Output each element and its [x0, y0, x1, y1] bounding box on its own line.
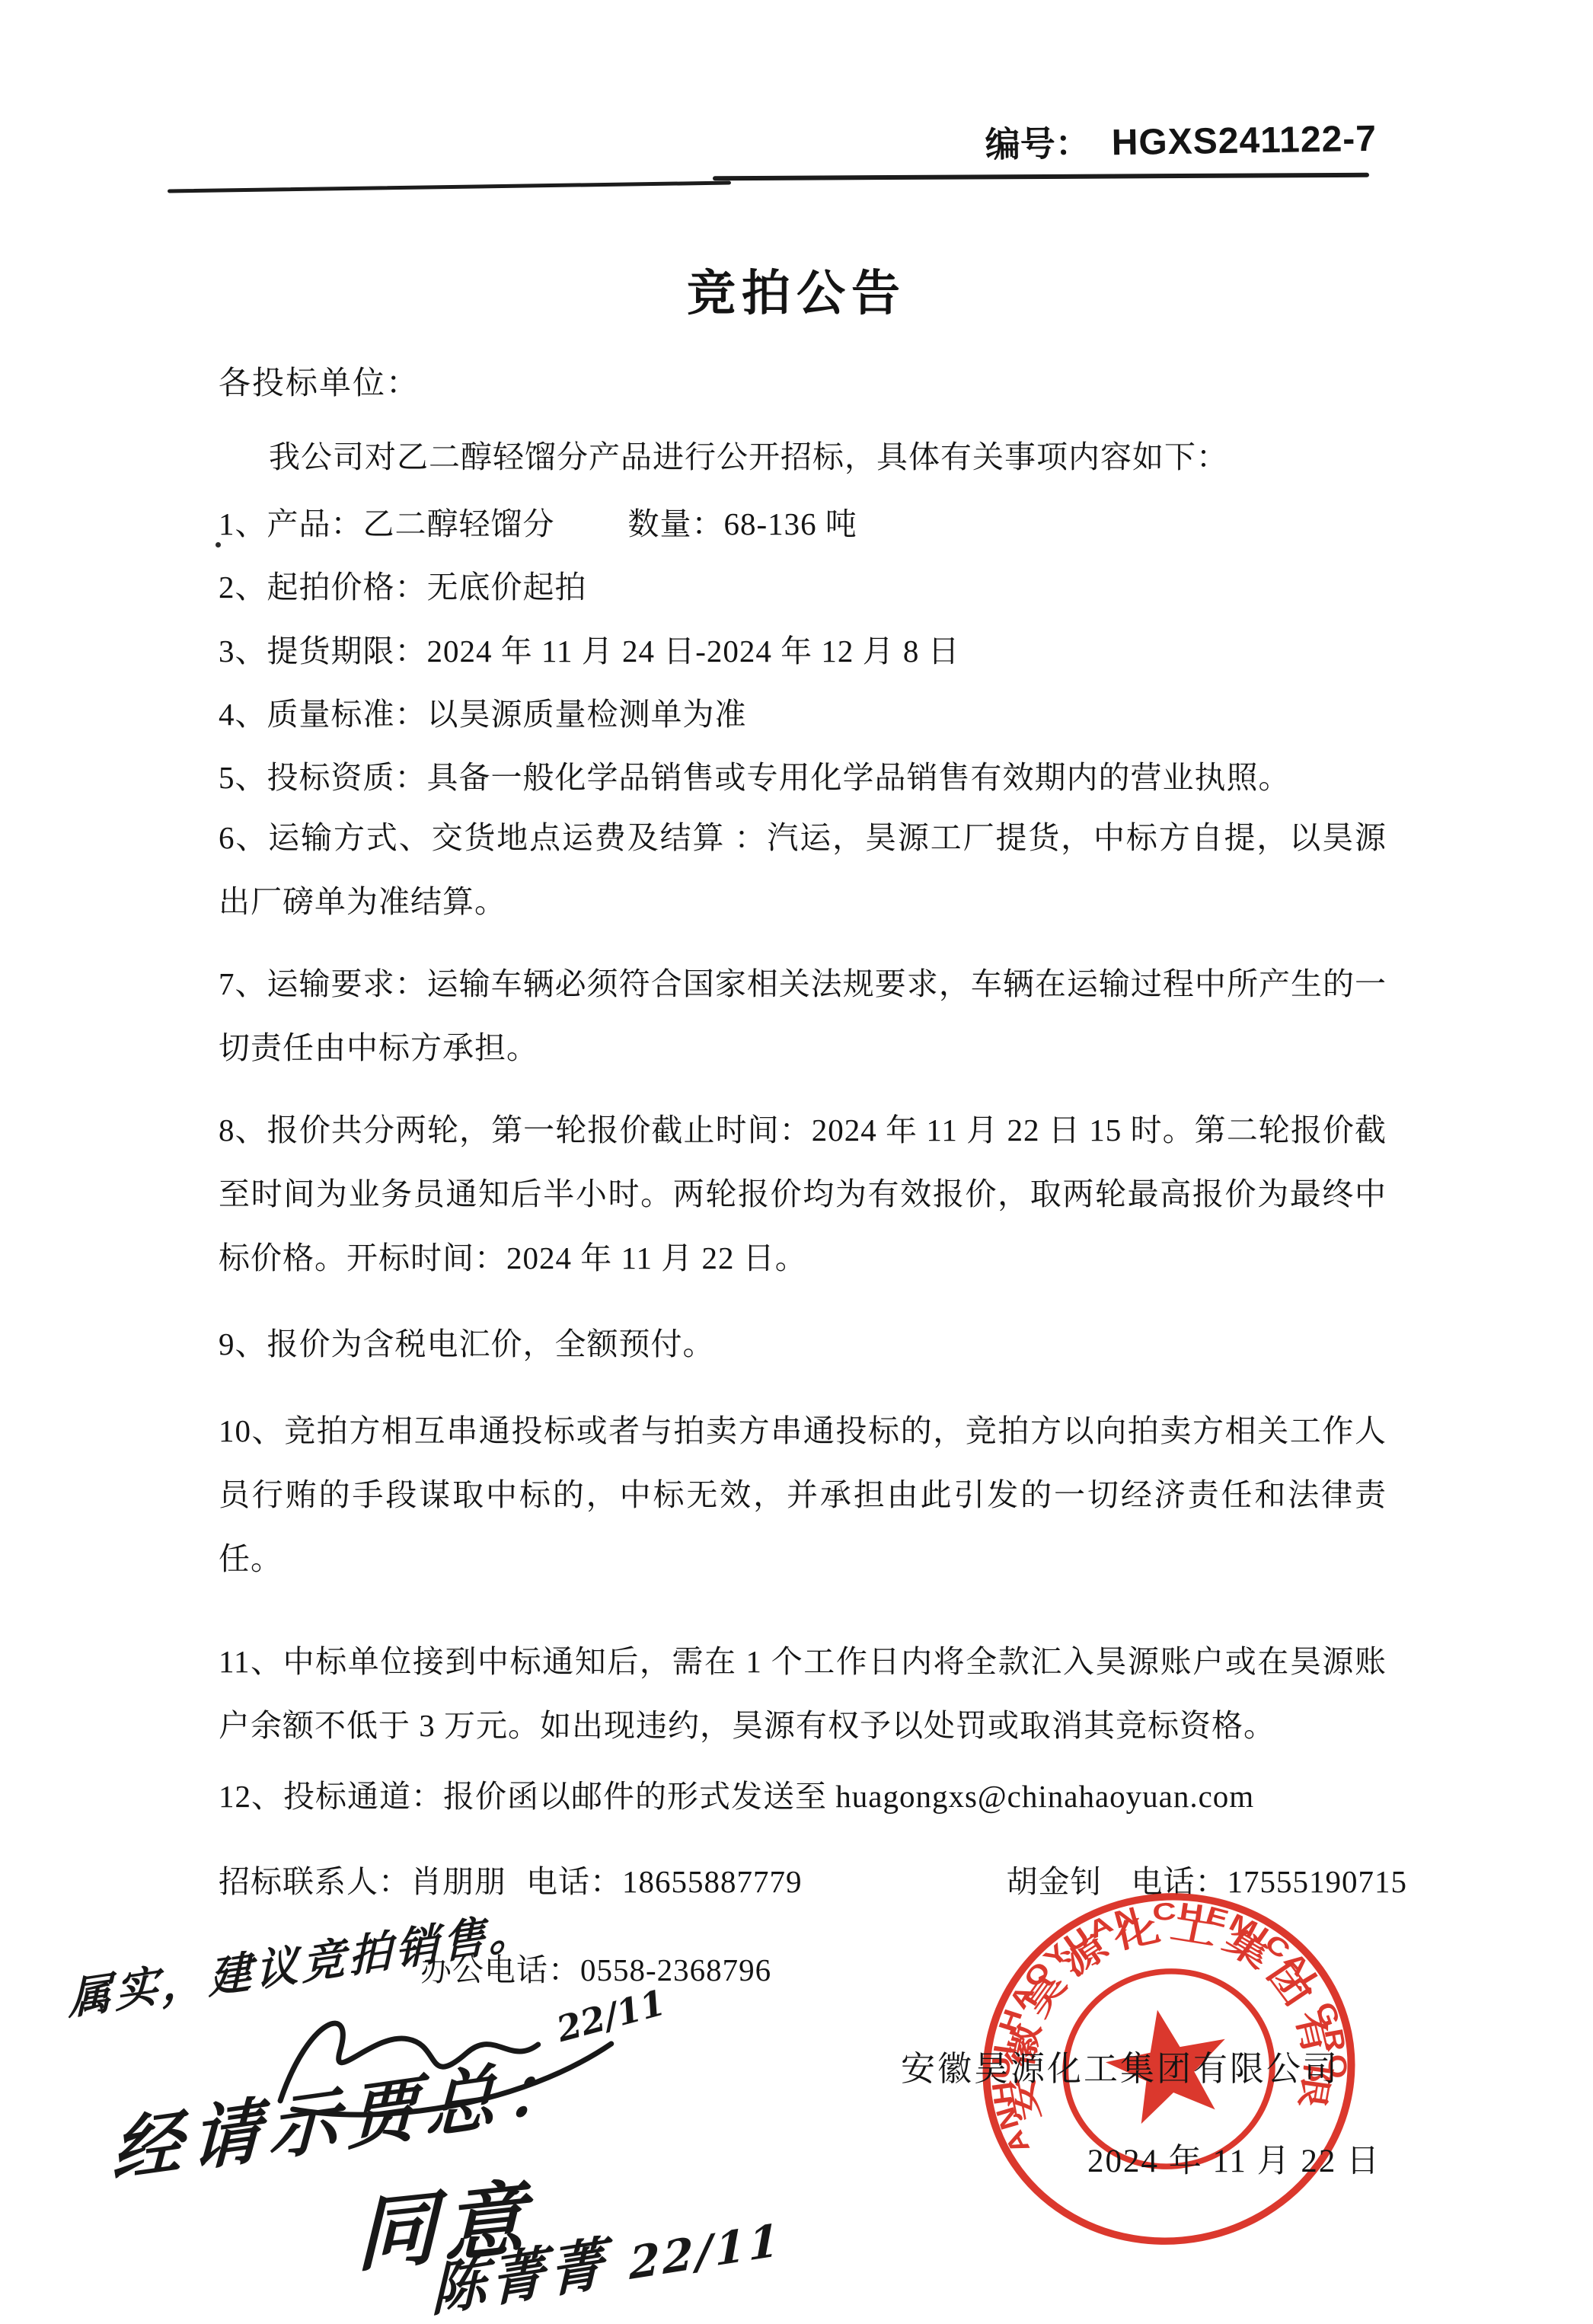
item-1-product: 1、产品：乙二醇轻馏分	[219, 506, 555, 541]
intro-paragraph: 我公司对乙二醇轻馏分产品进行公开招标，具体有关事项内容如下：	[219, 432, 1391, 477]
item-8: 8、报价共分两轮，第一轮报价截止时间：2024 年 11 月 22 日 15 时…	[219, 1098, 1387, 1290]
doc-number: HGXS241122-7	[1111, 119, 1377, 163]
contact-label: 招标联系人：	[219, 1864, 410, 1899]
page-title: 竞拍公告	[0, 254, 1593, 324]
item-2: 2、起拍价格：无底价起拍	[219, 562, 1387, 607]
contact-name-2: 胡金钊	[1007, 1864, 1103, 1899]
header-divider-right	[713, 173, 1369, 181]
item-10: 10、竞拍方相互串通投标或者与拍卖方串通投标的，竞拍方以向拍卖方相关工作人员行贿…	[219, 1399, 1387, 1591]
scan-artifact-dot	[215, 542, 221, 547]
item-4: 4、质量标准：以昊源质量检测单为准	[219, 689, 1387, 734]
doc-number-label: 编号：	[985, 123, 1090, 164]
item-6: 6、运输方式、交货地点运费及结算 ：汽运，昊源工厂提货，中标方自提，以昊源出厂磅…	[219, 806, 1387, 934]
signature-2-name: 陈菁菁	[431, 2230, 607, 2324]
item-11: 11、中标单位接到中标通知后，需在 1 个工作日内将全款汇入昊源账户或在昊源账户…	[219, 1630, 1387, 1757]
item-1: 1、产品：乙二醇轻馏分数量：68-136 吨	[219, 499, 1387, 544]
item-9: 9、报价为含税电汇价，全额预付。	[219, 1319, 1387, 1364]
contact-phone-1-label: 电话：	[526, 1864, 622, 1899]
salutation: 各投标单位：	[219, 358, 420, 404]
signature-2-date: 22/11	[630, 2214, 782, 2290]
office-phone: 0558-2368796	[580, 1952, 771, 1987]
item-3: 3、提货期限：2024 年 11 月 24 日-2024 年 12 月 8 日	[219, 626, 1387, 671]
doc-number-row: 编号：HGXS241122-7	[0, 111, 1377, 183]
scanned-auction-announcement: 编号：HGXS241122-7 竞拍公告 各投标单位： 我公司对乙二醇轻馏分产品…	[0, 0, 1593, 2324]
signoff-date: 2024 年 11 月 22 日	[1087, 2135, 1381, 2182]
item-7: 7、运输要求：运输车辆必须符合国家相关法规要求，车辆在运输过程中所产生的一切责任…	[219, 952, 1387, 1080]
contact-phone-1: 18655887779	[622, 1864, 803, 1899]
item-1-quantity: 数量：68-136 吨	[628, 506, 857, 541]
item-12: 12、投标通道：报价函以邮件的形式发送至 huagongxs@chinahaoy…	[219, 1771, 1387, 1816]
contact-name-1: 肖朋朋	[410, 1864, 506, 1899]
item-5: 5、投标资质：具备一般化学品销售或专用化学品销售有效期内的营业执照。	[219, 752, 1387, 797]
header-divider-left	[168, 181, 731, 193]
signoff-company: 安徽昊源化工集团有限公司	[901, 2041, 1339, 2090]
